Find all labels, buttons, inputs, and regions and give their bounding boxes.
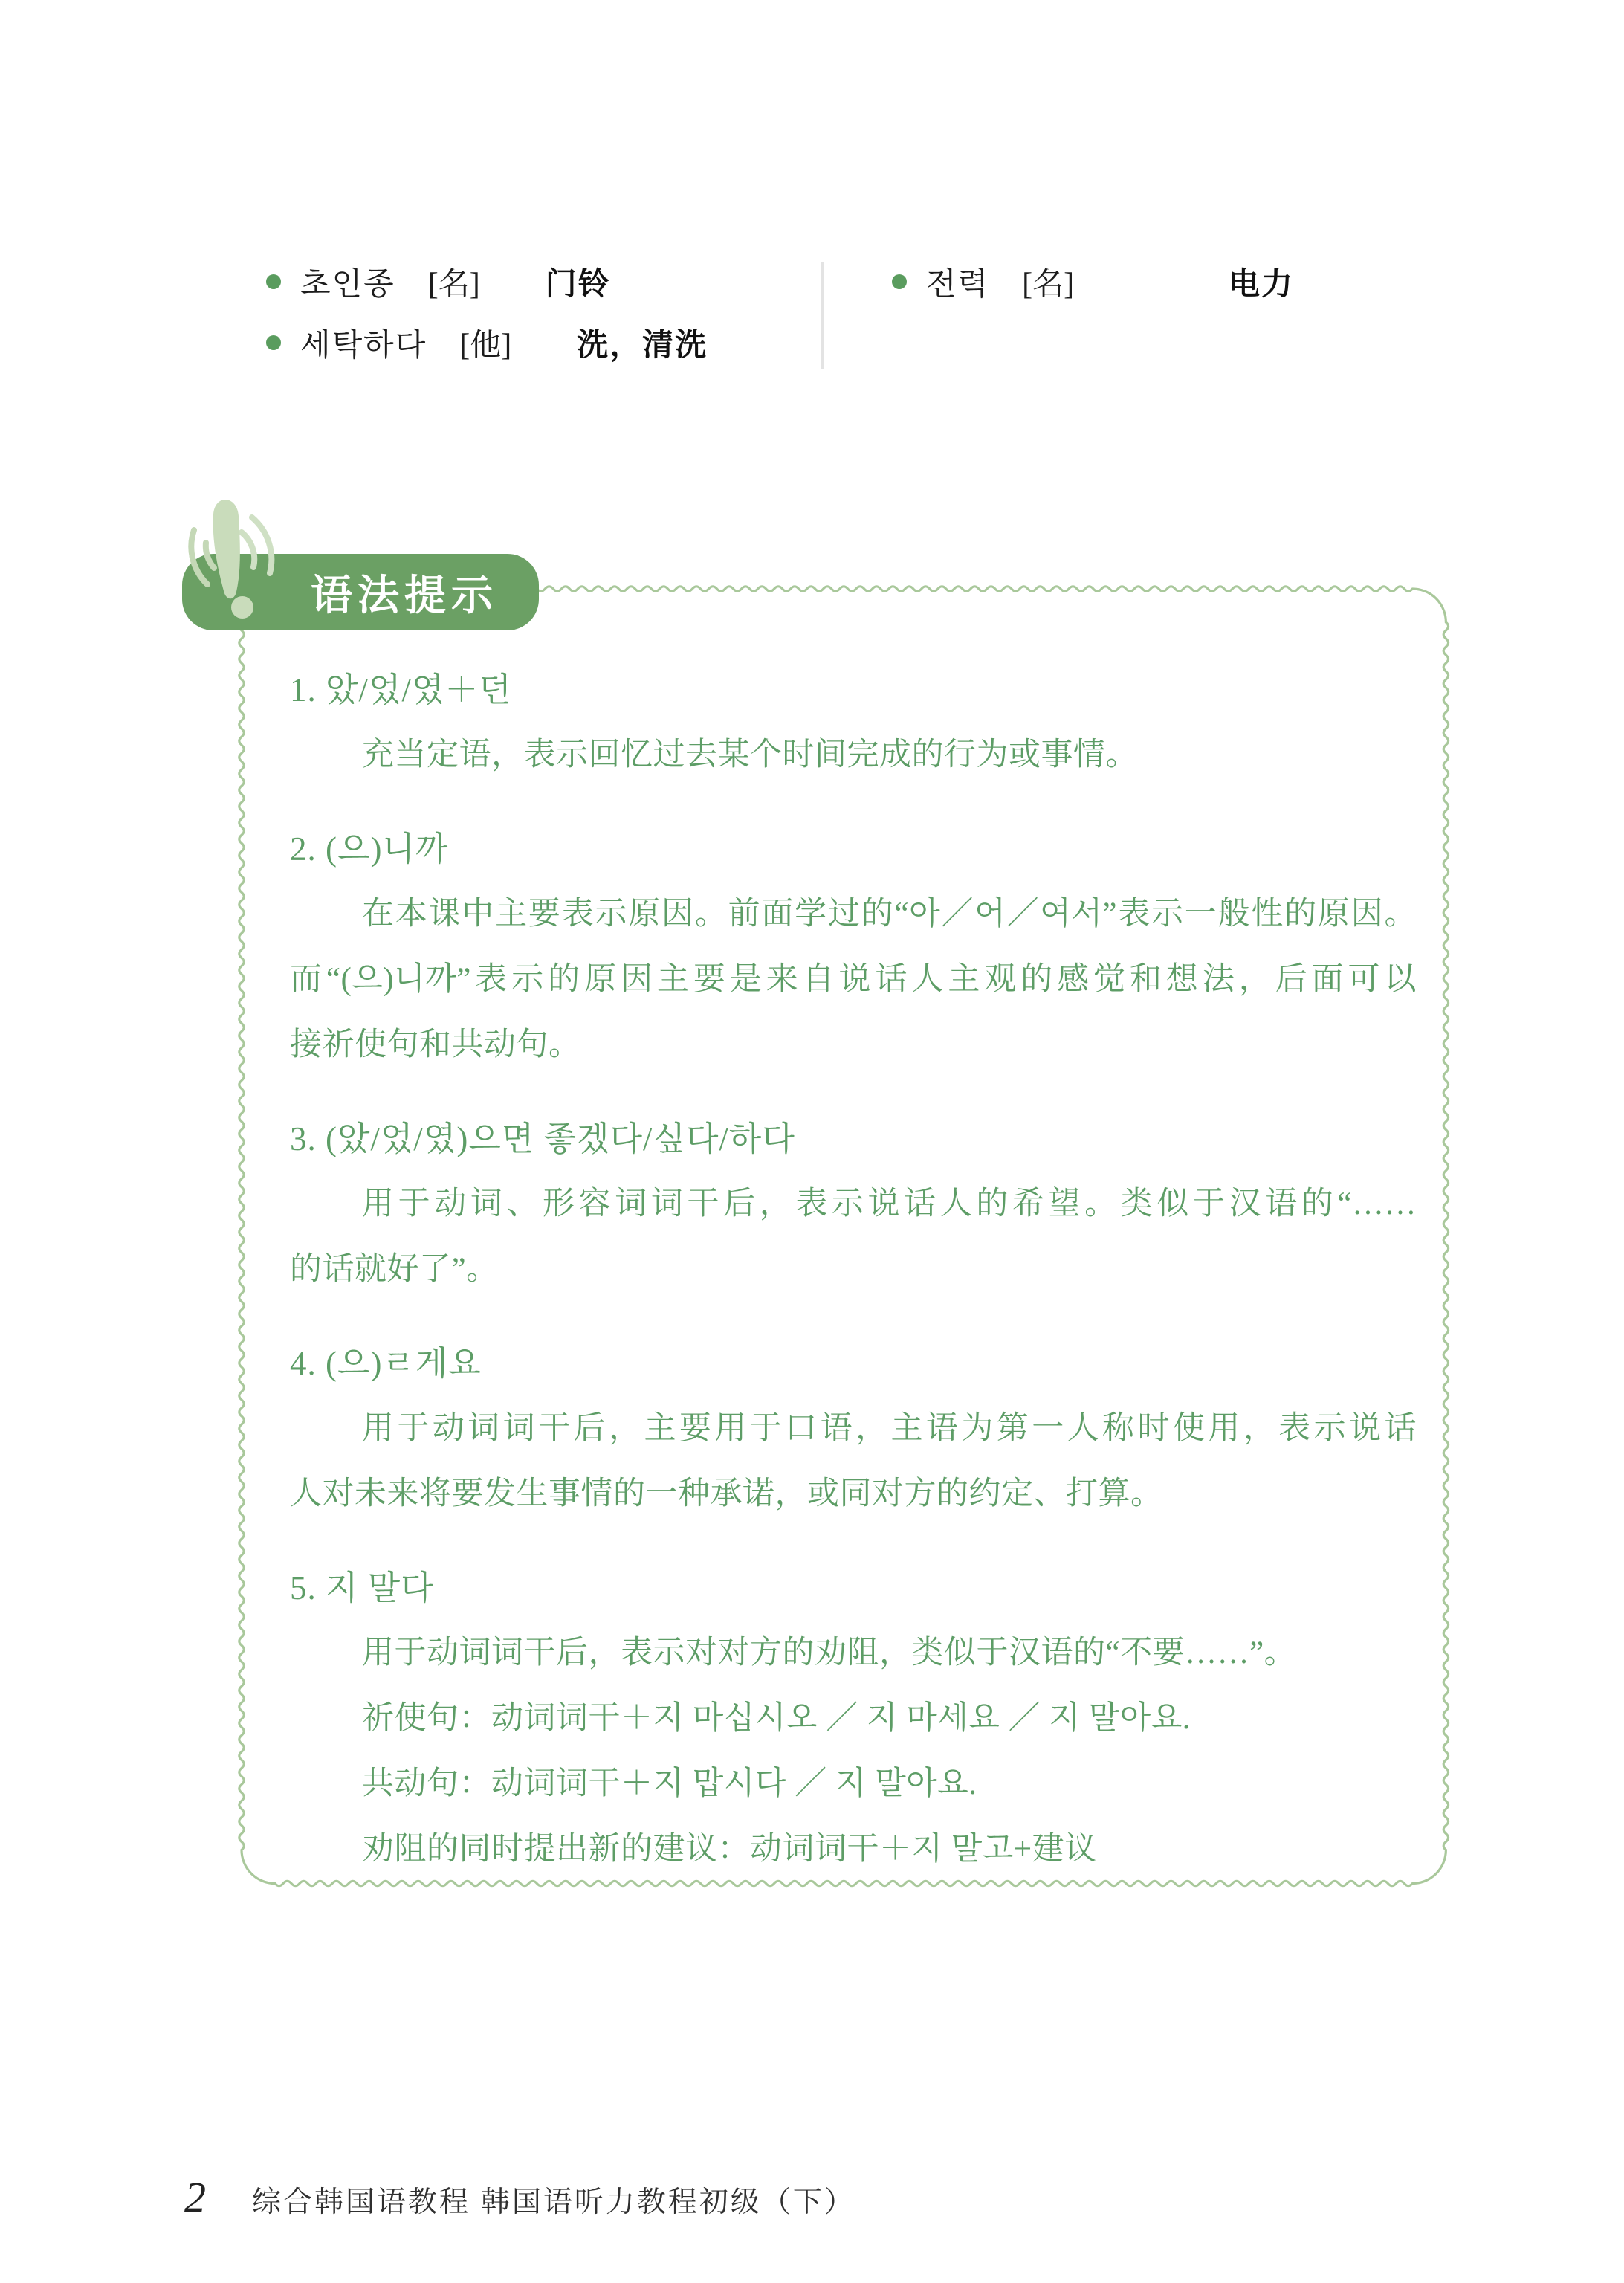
vocab-column-right: 전력 [名] 电力 [892,260,1294,321]
vocab-column-left: 초인종 [名] 门铃 세탁하다 [他] 洗，清洗 [266,260,708,382]
grammar-section: 4. (으)ㄹ게요 用于动词词干后，主要用于口语，主语为第一人称时使用，表示说话… [290,1331,1417,1527]
bullet-icon [266,274,281,289]
grammar-text-line: 的话就好了”。 [290,1237,1417,1302]
vocab-pos-tag: [他] [459,320,511,365]
bullet-icon [266,335,281,350]
vocab-pos-tag: [名] [1022,259,1074,304]
grammar-section: 2. (으)니까 在本课中主要表示原因。前面学过的“아／어／여서”表示一般性的原… [290,816,1417,1078]
grammar-section-heading: 2. (으)니까 [290,816,1417,882]
grammar-section-heading: 3. (았/었/였)으면 좋겠다/싶다/하다 [290,1106,1417,1172]
grammar-tips-badge-label: 语法提示 [311,563,498,622]
grammar-section-heading: 4. (으)ㄹ게요 [290,1331,1417,1396]
book-title: 综合韩国语教程 韩国语听力教程初级（下） [252,2179,855,2221]
vocab-word: 세탁하다 [300,320,427,365]
grammar-text-line: 在本课中主要表示原因。前面学过的“아／어／여서”表示一般性的原因。 [290,882,1417,947]
vocab-word: 초인종 [300,259,395,304]
bullet-icon [892,274,907,289]
grammar-text-line: 用于动词词干后，表示对对方的劝阻，类似于汉语的“不要……”。 [290,1621,1417,1686]
textbook-page: 초인종 [名] 门铃 세탁하다 [他] 洗，清洗 전력 [名] 电力 语法提示 … [0,0,1624,2283]
page-footer: 2 综合韩国语教程 韩国语听力教程初级（下） [184,2172,855,2222]
vocab-word: 전력 [926,259,989,304]
grammar-section-heading: 1. 았/었/였＋던 [290,657,1417,723]
vocab-entry: 전력 [名] 电力 [892,260,1294,303]
vocab-meaning: 电力 [1229,259,1294,304]
vocab-column-divider [821,262,824,369]
grammar-text-line: 充当定语，表示回忆过去某个时间完成的行为或事情。 [290,723,1417,788]
grammar-tips-badge: 语法提示 [182,554,539,630]
grammar-section: 1. 았/었/였＋던 充当定语，表示回忆过去某个时间完成的行为或事情。 [290,657,1417,788]
vocab-entry: 초인종 [名] 门铃 [266,260,708,303]
vocab-entry: 세탁하다 [他] 洗，清洗 [266,321,708,364]
grammar-text-line: 祈使句：动词词干＋지 마십시오 ／ 지 마세요 ／ 지 말아요. [290,1686,1417,1751]
vocab-meaning: 门铃 [546,259,611,304]
page-number: 2 [184,2172,206,2222]
vocab-pos-tag: [名] [428,259,480,304]
grammar-text-line: 而“(으)니까”表示的原因主要是来自说话人主观的感觉和想法，后面可以 [290,947,1417,1013]
grammar-text-line: 人对未来将要发生事情的一种承诺，或同对方的约定、打算。 [290,1462,1417,1527]
grammar-text-line: 共动句：动词词干＋지 맙시다 ／ 지 말아요. [290,1751,1417,1817]
vocab-meaning: 洗，清洗 [577,320,708,365]
grammar-text-line: 劝阻的同时提出新的建议：动词词干＋지 말고+建议 [290,1817,1417,1882]
grammar-section: 3. (았/었/였)으면 좋겠다/싶다/하다 用于动词、形容词词干后，表示说话人… [290,1106,1417,1302]
grammar-text-line: 用于动词、形容词词干后，表示说话人的希望。类似于汉语的“…… [290,1172,1417,1237]
grammar-text-line: 接祈使句和共动句。 [290,1013,1417,1078]
grammar-section-heading: 5. 지 말다 [290,1555,1417,1621]
grammar-section: 5. 지 말다 用于动词词干后，表示对对方的劝阻，类似于汉语的“不要……”。祈使… [290,1555,1417,1882]
grammar-box-content: 1. 았/었/였＋던 充当定语，表示回忆过去某个时间完成的行为或事情。 2. (… [290,657,1417,1911]
grammar-text-line: 用于动词词干后，主要用于口语，主语为第一人称时使用，表示说话 [290,1396,1417,1462]
